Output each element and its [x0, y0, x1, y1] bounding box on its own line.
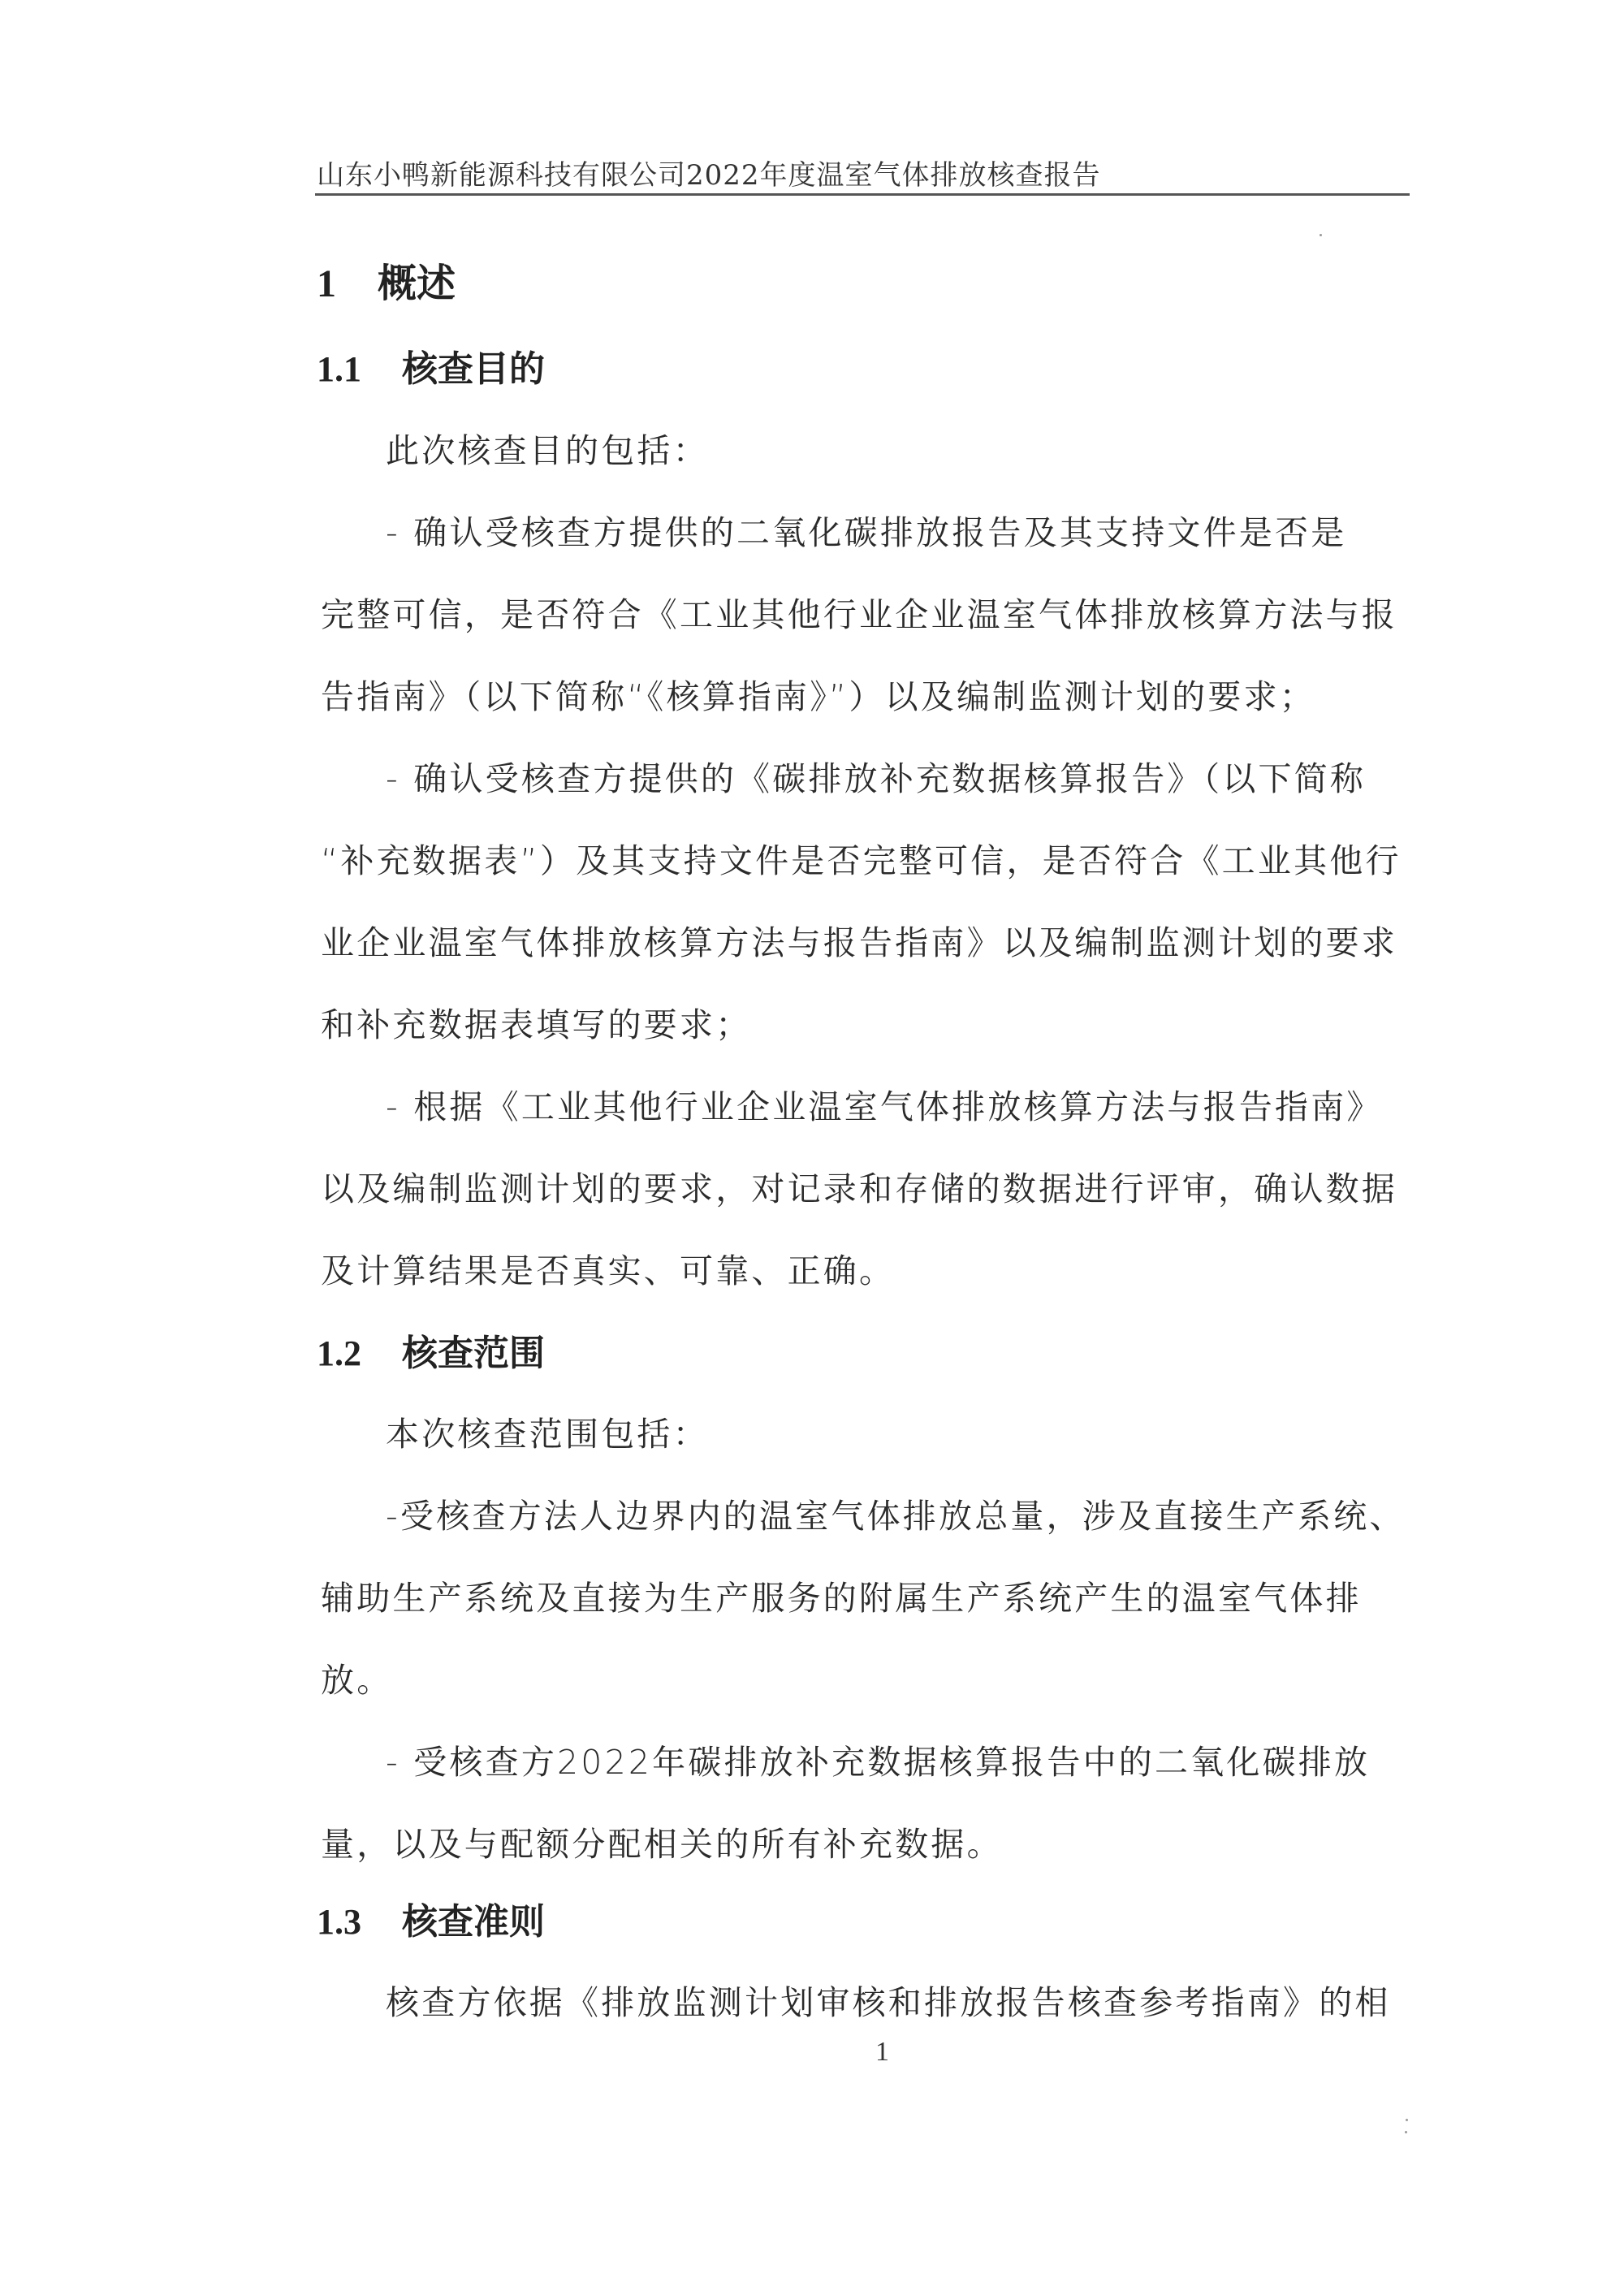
scan-artifact: [1405, 2131, 1407, 2133]
paragraph-line: 本次核查范围包括：: [386, 1407, 1413, 1455]
document-page: 山东小鸭新能源科技有限公司2022年度温室气体排放核查报告 1概述 1.1核查目…: [0, 0, 1624, 2295]
paragraph-line: - 确认受核查方提供的《碳排放补充数据核算报告》（以下简称: [386, 752, 1413, 800]
section-heading-1-2: 1.2核查范围: [317, 1324, 545, 1376]
paragraph-line: 完整可信，是否符合《工业其他行业企业温室气体排放核算方法与报: [321, 588, 1413, 636]
paragraph-line: 和补充数据表填写的要求；: [321, 998, 1413, 1046]
section-title: 核查范围: [402, 1333, 545, 1374]
header-divider: [315, 193, 1410, 196]
section-title: 核查准则: [402, 1901, 545, 1943]
paragraph-line: 及计算结果是否真实、可靠、正确。: [321, 1244, 1413, 1292]
paragraph-line: - 受核查方2022年碳排放补充数据核算报告中的二氧化碳排放: [386, 1735, 1413, 1783]
paragraph-line: “补充数据表”）及其支持文件是否完整可信，是否符合《工业其他行: [321, 834, 1413, 882]
paragraph-line: 告指南》（以下简称“《核算指南》”）以及编制监测计划的要求；: [321, 670, 1413, 718]
section-number: 1.1: [317, 348, 402, 390]
section-number: 1.3: [317, 1901, 402, 1943]
section-heading-1-3: 1.3核查准则: [317, 1892, 545, 1944]
scan-artifact: [1319, 234, 1322, 236]
page-number: 1: [875, 2037, 889, 2068]
section-number: 1.2: [317, 1333, 402, 1374]
paragraph-line: 此次核查目的包括：: [386, 424, 1413, 472]
section-title: 概述: [378, 261, 456, 306]
running-header: 山东小鸭新能源科技有限公司2022年度温室气体排放核查报告: [317, 153, 1101, 192]
section-number: 1: [317, 261, 378, 306]
paragraph-line: 核查方依据《排放监测计划审核和排放报告核查参考指南》的相: [386, 1976, 1413, 2024]
section-heading-1: 1概述: [317, 252, 456, 308]
paragraph-line: -受核查方法人边界内的温室气体排放总量，涉及直接生产系统、: [386, 1489, 1413, 1537]
paragraph-line: 业企业温室气体排放核算方法与报告指南》以及编制监测计划的要求: [321, 916, 1413, 964]
section-heading-1-1: 1.1核查目的: [317, 339, 545, 391]
scan-artifact: [1406, 2119, 1408, 2121]
paragraph-line: 辅助生产系统及直接为生产服务的附属生产系统产生的温室气体排: [321, 1571, 1413, 1619]
paragraph-line: 量，以及与配额分配相关的所有补充数据。: [321, 1817, 1413, 1865]
paragraph-line: - 根据《工业其他行业企业温室气体排放核算方法与报告指南》: [386, 1080, 1413, 1128]
paragraph-line: - 确认受核查方提供的二氧化碳排放报告及其支持文件是否是: [386, 506, 1413, 554]
paragraph-line: 以及编制监测计划的要求，对记录和存储的数据进行评审，确认数据: [321, 1162, 1413, 1210]
paragraph-line: 放。: [321, 1653, 1413, 1701]
section-title: 核查目的: [402, 348, 545, 390]
